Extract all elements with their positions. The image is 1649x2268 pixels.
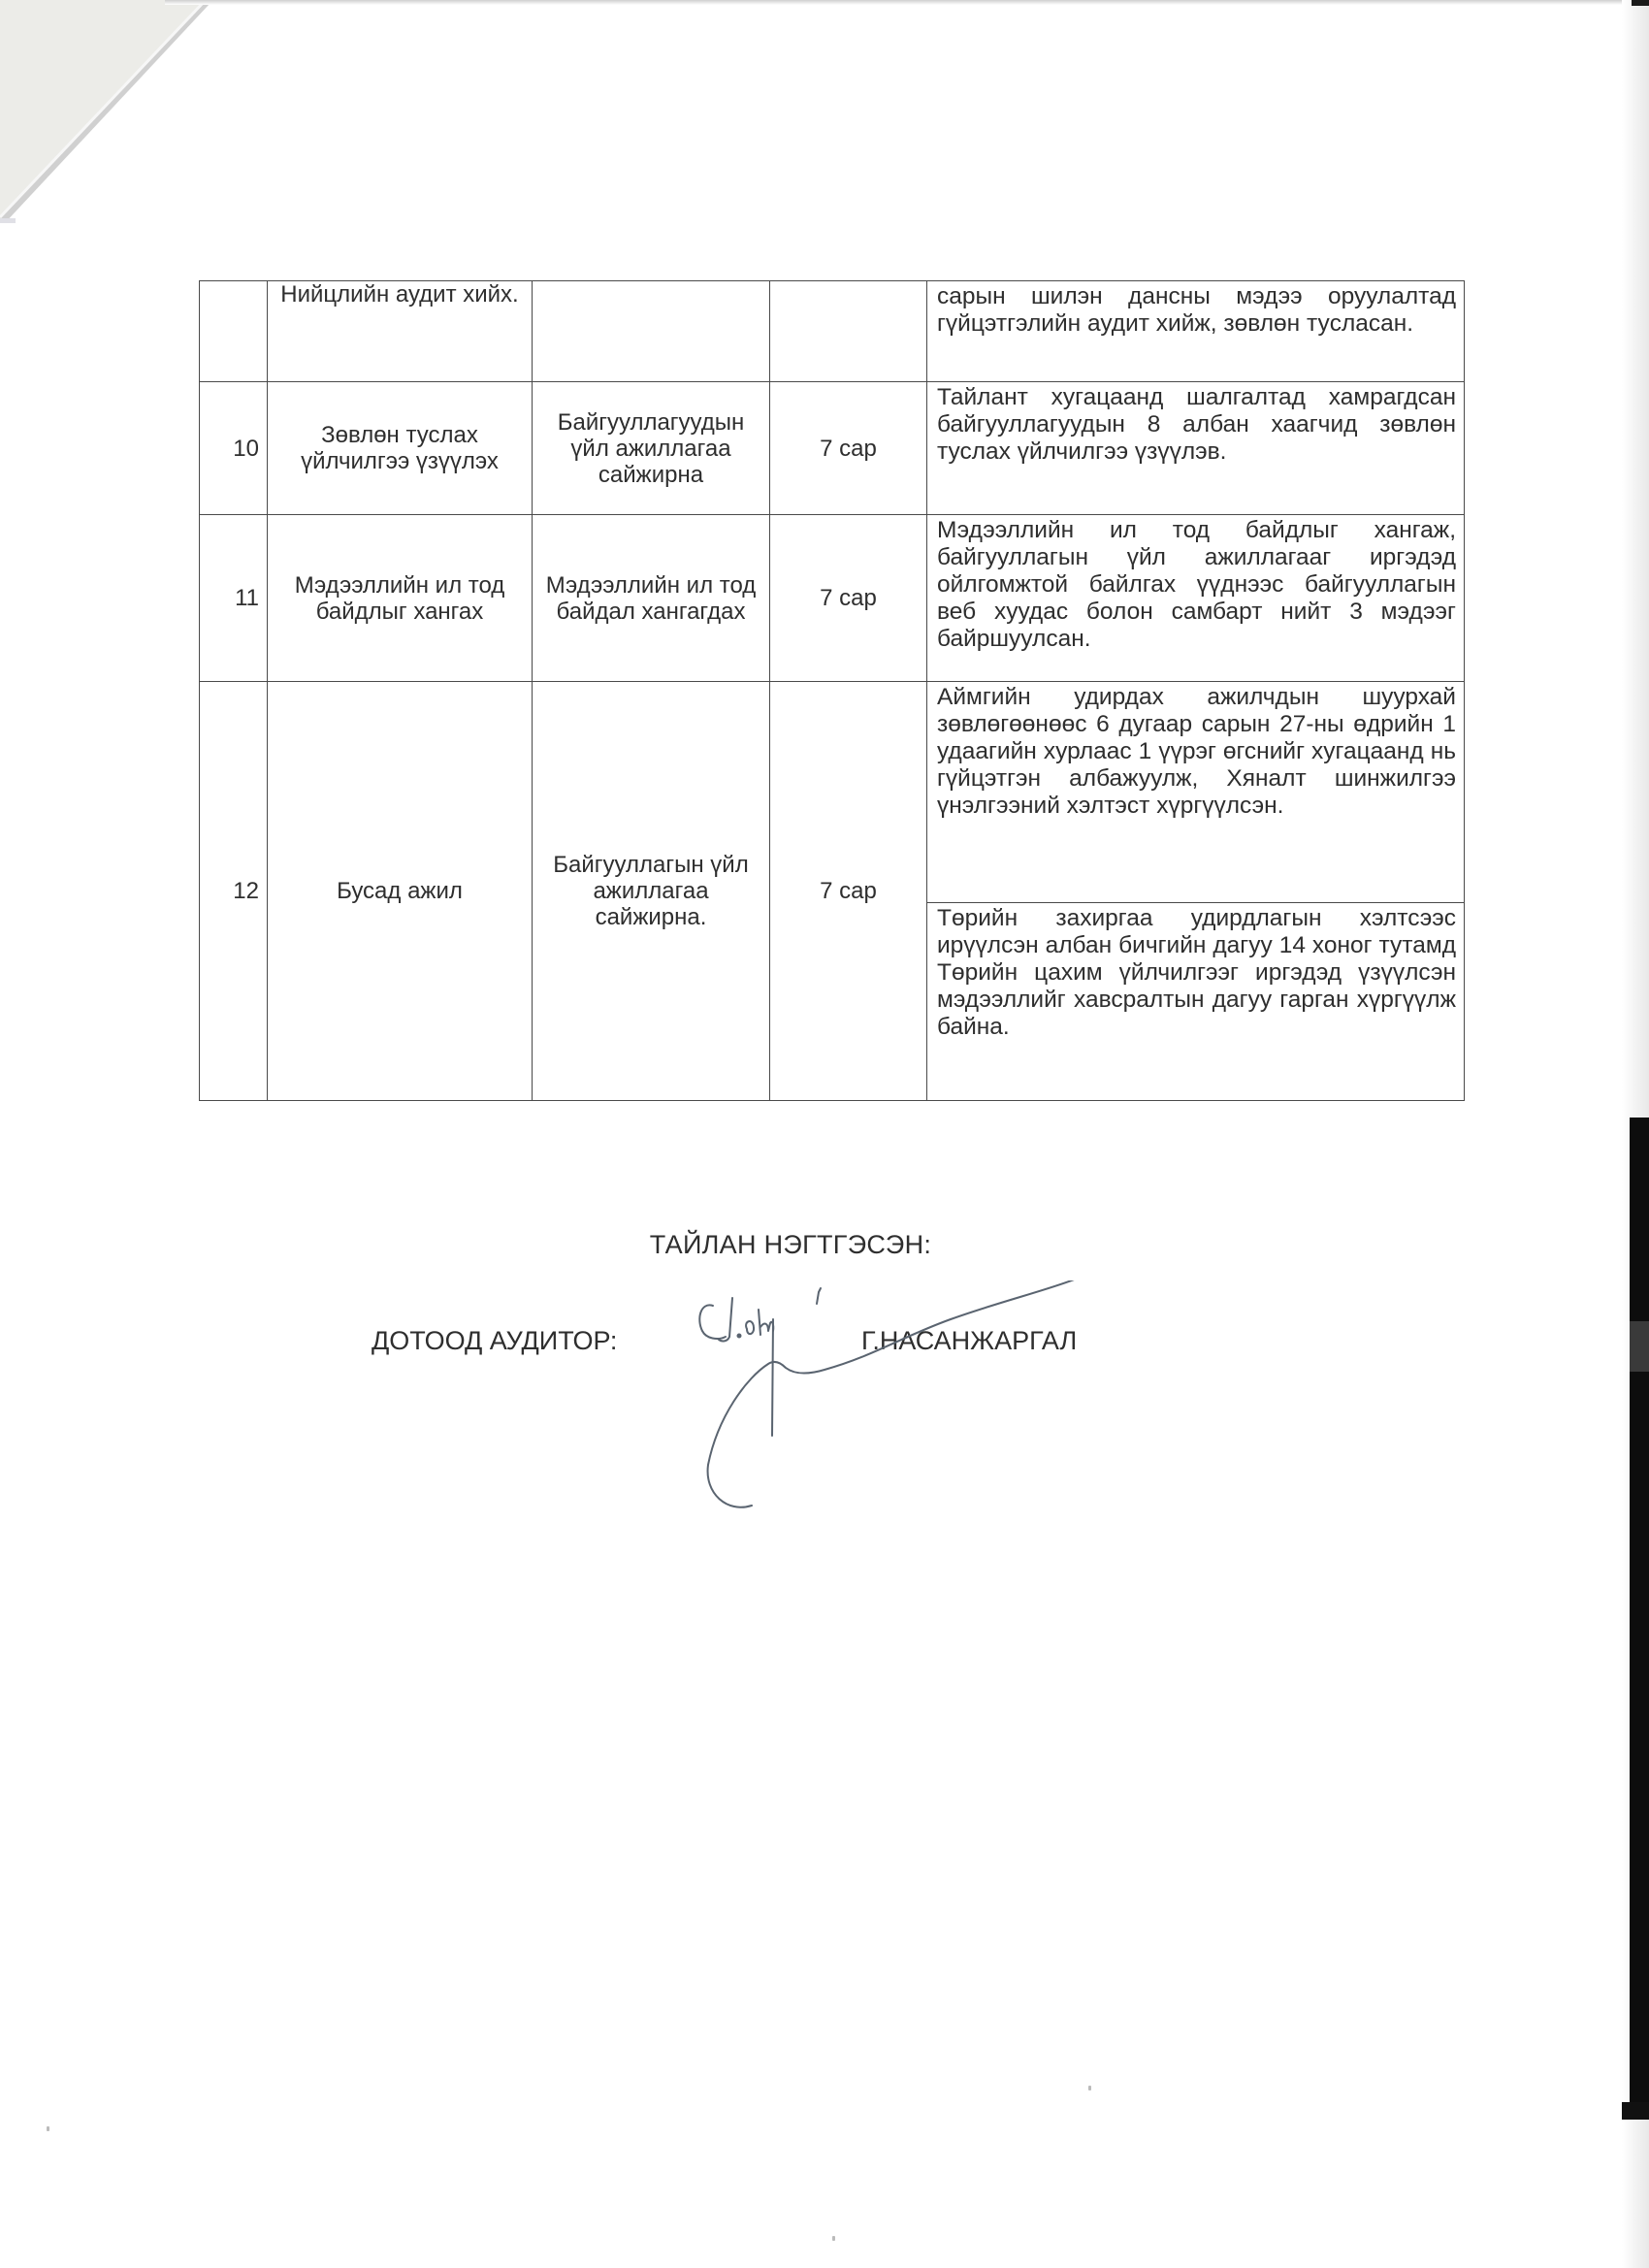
row-number: 12 bbox=[200, 682, 268, 1101]
table-row: 10 Зөвлөн туслах үйлчилгээ үзүүлэх Байгу… bbox=[200, 382, 1465, 515]
result-cell: Төрийн захиргаа удирдлагын хэлтсээс ирүү… bbox=[927, 903, 1465, 1101]
outcome-cell: Байгууллагуудын үйл ажиллагаа сайжирна bbox=[533, 382, 770, 515]
timeframe-cell: 7 сар bbox=[770, 682, 927, 1101]
task-cell: Зөвлөн туслах үйлчилгээ үзүүлэх bbox=[268, 382, 533, 515]
scan-speck bbox=[1088, 2086, 1091, 2090]
task-cell: Нийцлийн аудит хийх. bbox=[268, 281, 533, 382]
row-number bbox=[200, 281, 268, 382]
timeframe-cell: 7 сар bbox=[770, 382, 927, 515]
auditor-label: ДОТООД АУДИТОР: bbox=[372, 1326, 617, 1356]
scan-speck bbox=[832, 2236, 835, 2241]
outcome-cell: Байгууллагын үйл ажиллагаа сайжирна. bbox=[533, 682, 770, 1101]
result-cell: Мэдээллийн ил тод байдлыг хангаж, байгуу… bbox=[927, 515, 1465, 682]
table-row-continuation: Нийцлийн аудит хийх. сарын шилэн дансны … bbox=[200, 281, 1465, 382]
task-cell: Мэдээллийн ил тод байдлыг хангах bbox=[268, 515, 533, 682]
handwritten-signature-icon bbox=[679, 1280, 1086, 1533]
table-row: 11 Мэдээллийн ил тод байдлыг хангах Мэдэ… bbox=[200, 515, 1465, 682]
timeframe-cell bbox=[770, 281, 927, 382]
report-compiled-heading: ТАЙЛАН НЭГТГЭСЭН: bbox=[543, 1230, 1038, 1260]
scan-top-shadow bbox=[165, 0, 1630, 5]
outcome-cell bbox=[533, 281, 770, 382]
table-row: 12 Бусад ажил Байгууллагын үйл ажиллагаа… bbox=[200, 682, 1465, 903]
report-table: Нийцлийн аудит хийх. сарын шилэн дансны … bbox=[199, 280, 1465, 1101]
auditor-name: Г.НАСАНЖАРГАЛ bbox=[861, 1326, 1077, 1356]
row-number: 10 bbox=[200, 382, 268, 515]
result-cell: сарын шилэн дансны мэдээ оруулалтад гүйц… bbox=[927, 281, 1465, 382]
row-number: 11 bbox=[200, 515, 268, 682]
scan-speck bbox=[47, 2126, 49, 2131]
timeframe-cell: 7 сар bbox=[770, 515, 927, 682]
result-cell: Тайлант хугацаанд шалгалтад хамрагдсан б… bbox=[927, 382, 1465, 515]
folded-page-corner bbox=[0, 0, 223, 223]
outcome-cell: Мэдээллийн ил тод байдал хангагдах bbox=[533, 515, 770, 682]
result-cell: Аймгийн удирдах ажилчдын шуурхай зөвлөгө… bbox=[927, 682, 1465, 903]
scan-right-edge bbox=[1622, 0, 1649, 2268]
task-cell: Бусад ажил bbox=[268, 682, 533, 1101]
